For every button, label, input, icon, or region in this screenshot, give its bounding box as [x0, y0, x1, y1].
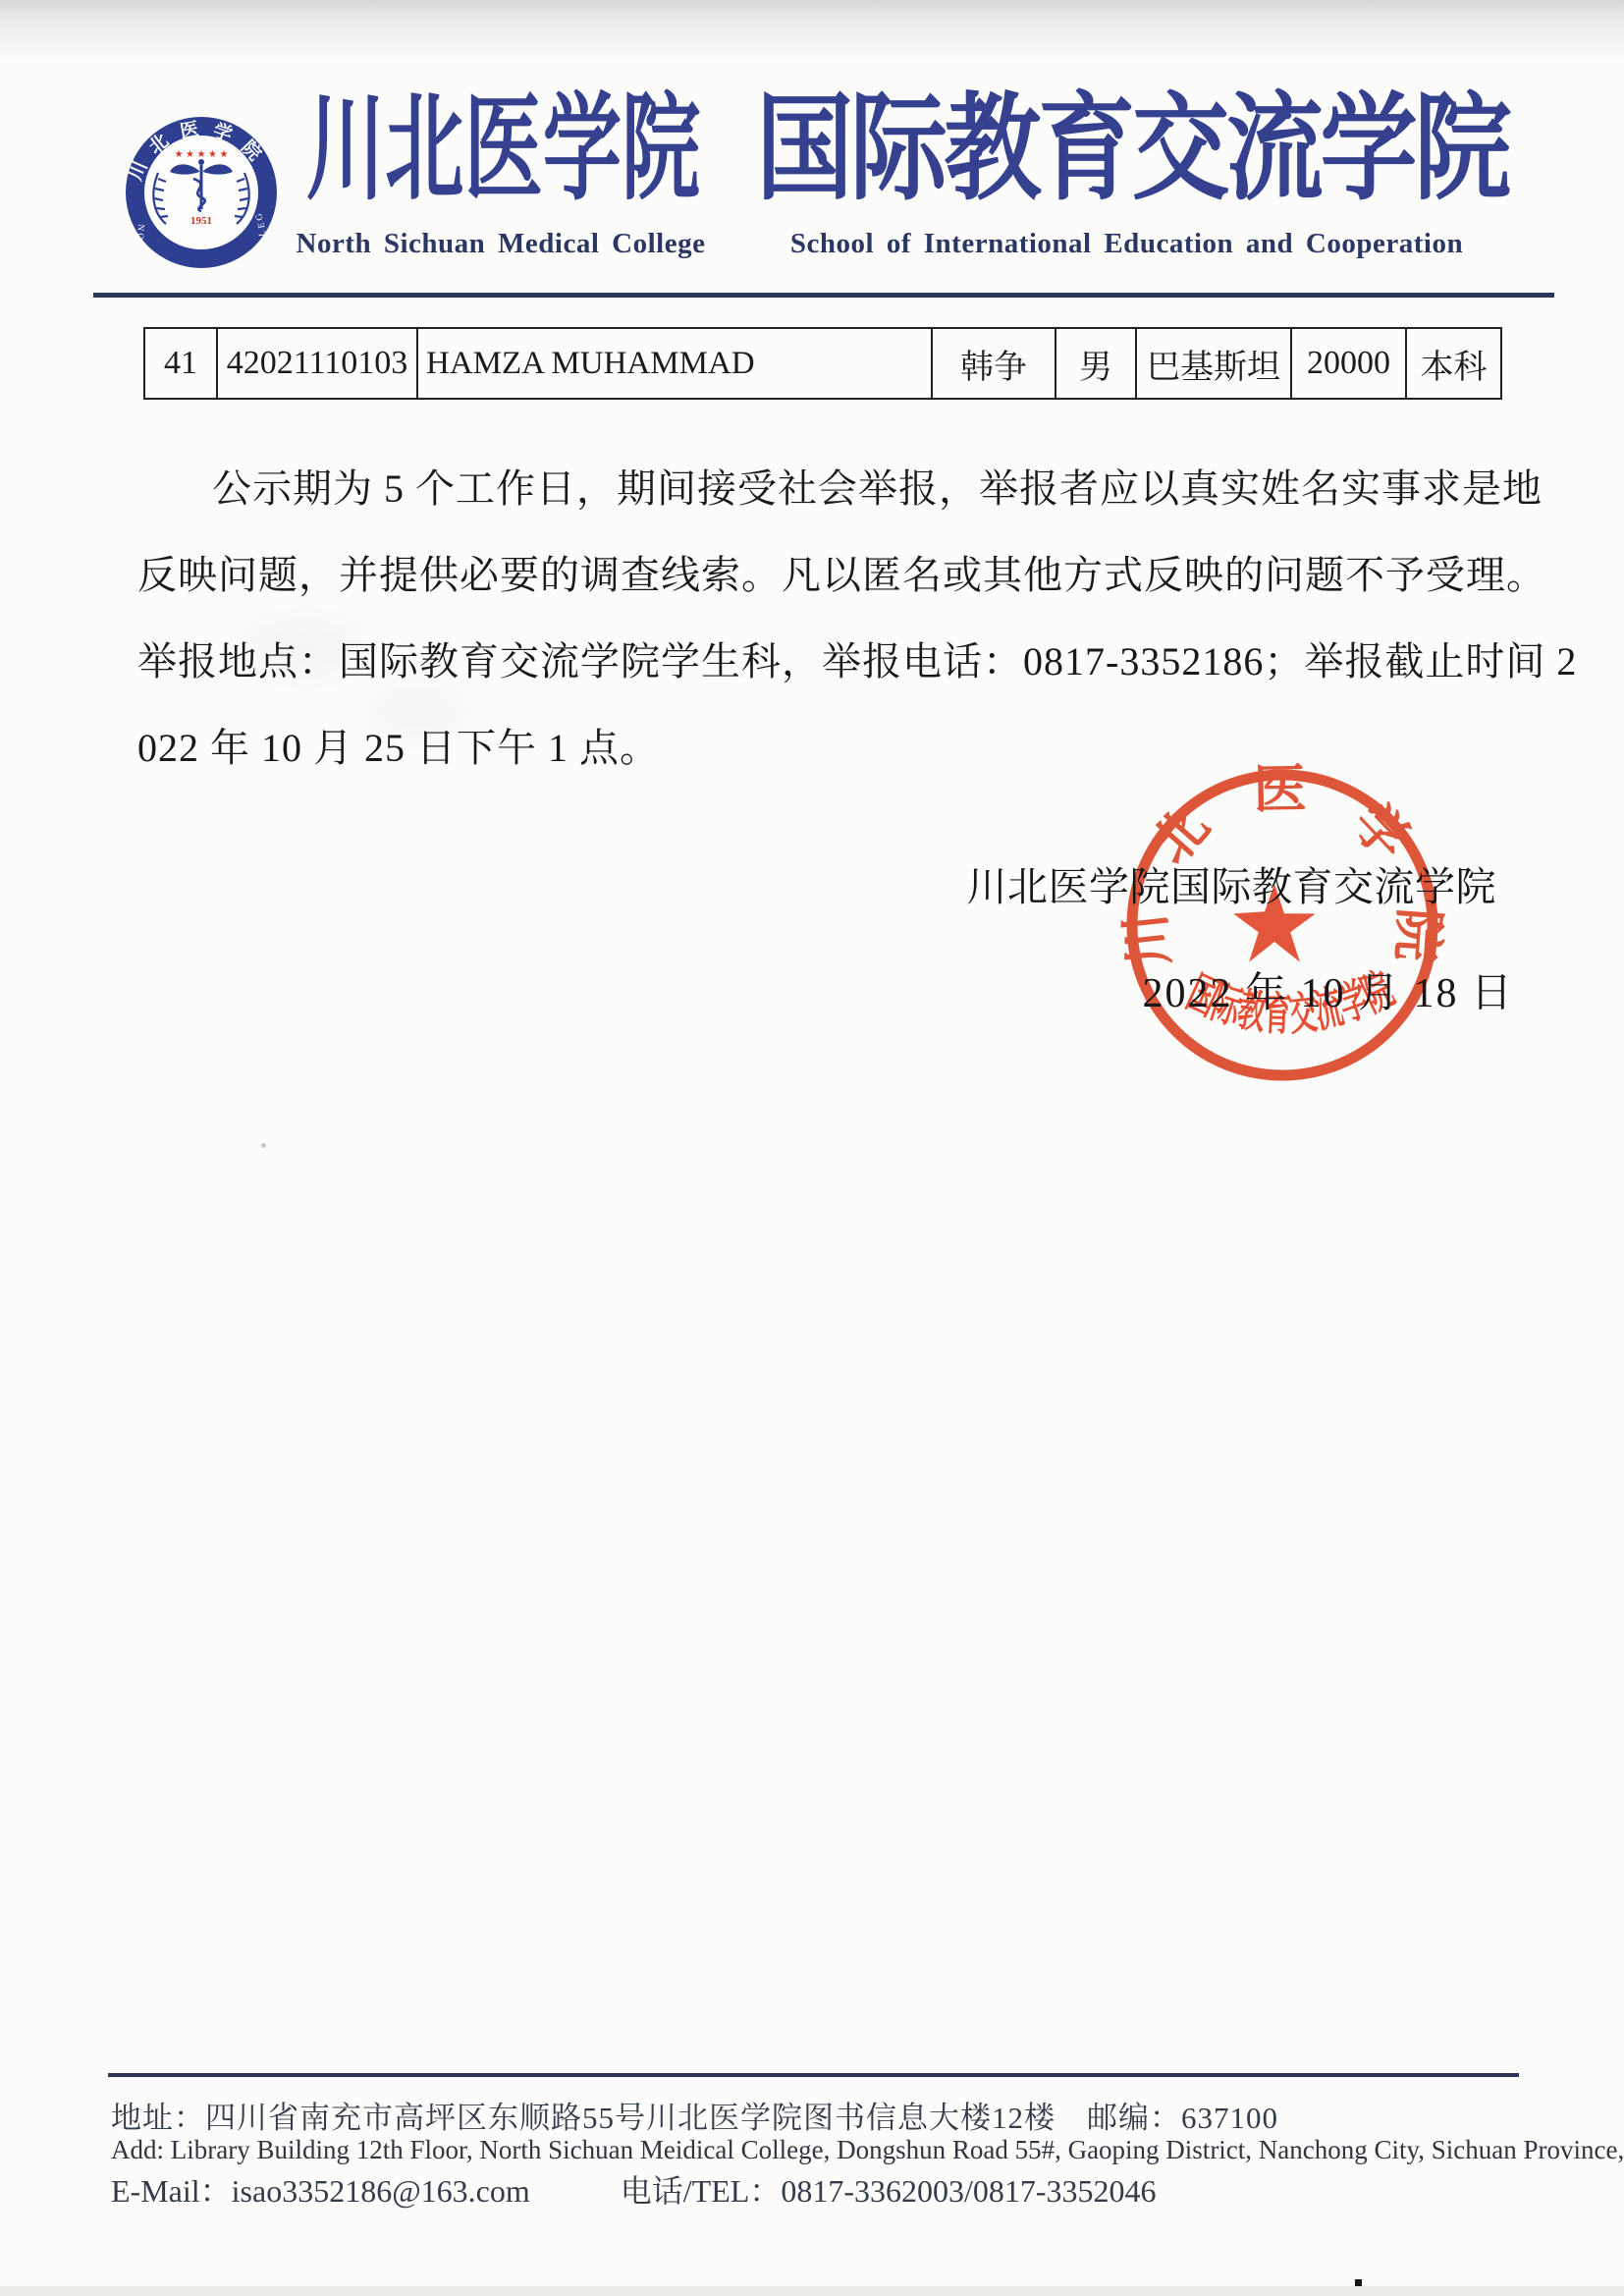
college-emblem-icon: 川北医学院 NORTH SICHUAN MEDICAL COLLEGE ★ ★ …	[125, 116, 278, 269]
cell-amount: 20000	[1291, 328, 1406, 399]
cell-row-number: 41	[144, 328, 217, 399]
cell-cn-name: 韩争	[932, 328, 1056, 399]
signature-organization: 川北医学院国际教育交流学院	[967, 854, 1497, 912]
cell-country: 巴基斯坦	[1136, 328, 1291, 399]
footer-address-en: Add: Library Building 12th Floor, North …	[111, 2135, 1624, 2165]
scanner-top-shadow	[0, 0, 1624, 63]
header-subtitle-en-school: School of International Education and Co…	[761, 228, 1492, 260]
official-seal-stamp-icon: 川北医学院 国际教育交流学院	[1106, 748, 1459, 1102]
footer-divider	[108, 2073, 1519, 2077]
student-table: 41 42021110103 HAMZA MUHAMMAD 韩争 男 巴基斯坦 …	[143, 327, 1502, 400]
body-text-line: 反映问题，并提供必要的调查线索。凡以匿名或其他方式反映的问题不予受理。	[137, 544, 1512, 600]
cell-gender: 男	[1056, 328, 1136, 399]
scan-speck	[261, 1143, 266, 1148]
logo-year: 1951	[190, 215, 212, 227]
scan-speck	[1355, 2279, 1362, 2286]
footer-contact-line: E-Mail：isao3352186@163.com电话/TEL：0817-33…	[111, 2166, 1157, 2212]
cell-student-id: 42021110103	[217, 328, 417, 399]
header-title-cn-school: 国际教育交流学院	[756, 75, 1508, 225]
header-divider	[93, 293, 1554, 298]
cell-student-name: HAMZA MUHAMMAD	[417, 328, 932, 399]
footer-email-value: isao3352186@163.com	[232, 2173, 530, 2209]
header-subtitle-en-college: North Sichuan Medical College	[295, 228, 707, 260]
table-row: 41 42021110103 HAMZA MUHAMMAD 韩争 男 巴基斯坦 …	[144, 328, 1501, 399]
signature-date: 2022 年 10 月 18 日	[1142, 960, 1514, 1019]
body-text-line: 举报地点：国际教育交流学院学生科，举报电话：0817-3352186；举报截止时…	[137, 630, 1512, 686]
body-text-line: 公示期为 5 个工作日，期间接受社会举报，举报者应以真实姓名实事求是地	[137, 458, 1587, 514]
footer-email-label: E-Mail：	[111, 2173, 232, 2209]
document-page: 川北医学院 NORTH SICHUAN MEDICAL COLLEGE ★ ★ …	[0, 0, 1624, 2296]
logo-stars: ★ ★ ★ ★ ★	[175, 149, 229, 160]
header-title-cn-college: 川北医学院	[306, 75, 700, 225]
college-logo: 川北医学院 NORTH SICHUAN MEDICAL COLLEGE ★ ★ …	[125, 116, 278, 274]
cell-degree: 本科	[1406, 328, 1501, 399]
scanner-bottom-strip	[0, 2286, 1624, 2296]
footer-tel-label: 电话/TEL：	[621, 2173, 782, 2209]
footer-address-cn: 地址：四川省南充市高坪区东顺路55号川北医学院图书信息大楼12楼 邮编：6371…	[111, 2093, 1278, 2137]
footer-tel-value: 0817-3362003/0817-3352046	[781, 2173, 1156, 2209]
